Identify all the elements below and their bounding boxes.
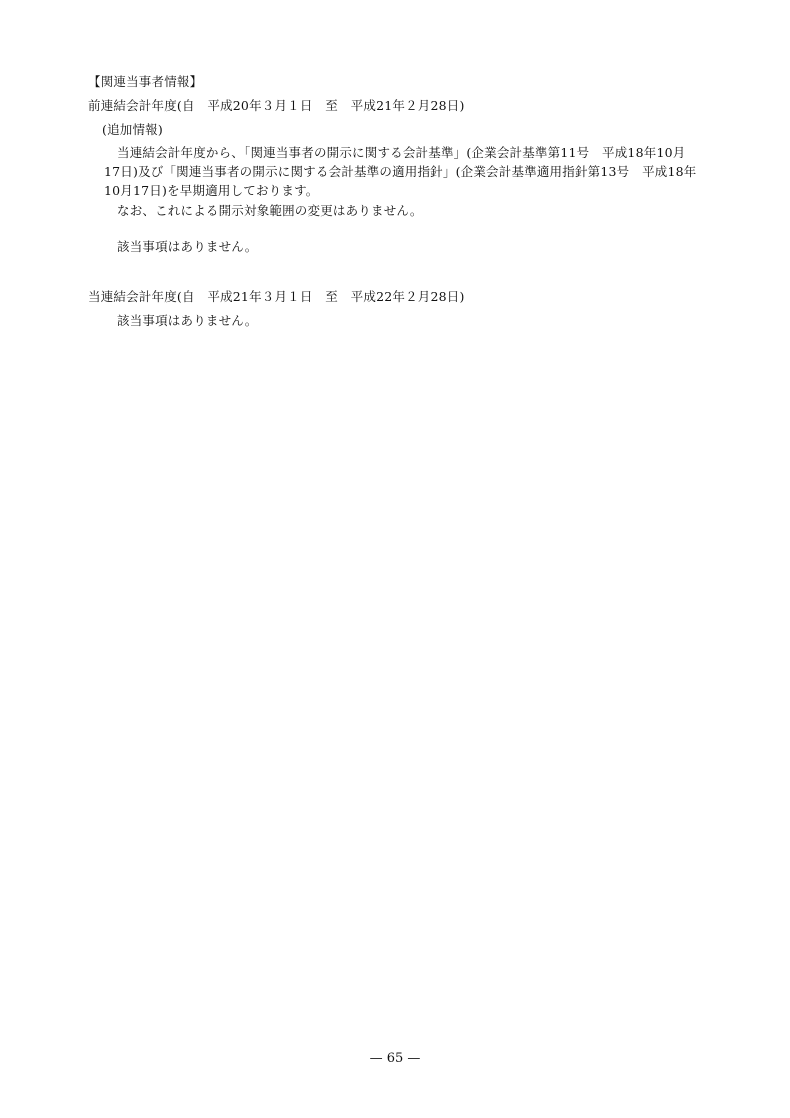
paragraph-line-1: 当連結会計年度から、「関連当事者の開示に関する会計基準」(企業会計基準第11号 … xyxy=(117,144,685,162)
paragraph-line-2: 17日)及び「関連当事者の開示に関する会計基準の適用指針」(企業会計基準適用指針… xyxy=(104,163,696,181)
additional-info-label: (追加情報) xyxy=(102,121,163,139)
prior-year-heading: 前連結会計年度(自 平成20年３月１日 至 平成21年２月28日) xyxy=(88,97,465,115)
document-page: 【関連当事者情報】 前連結会計年度(自 平成20年３月１日 至 平成21年２月2… xyxy=(0,0,790,1118)
scope-change-note: なお、これによる開示対象範囲の変更はありません。 xyxy=(117,202,423,220)
current-year-none-statement: 該当事項はありません。 xyxy=(117,312,257,330)
section-title: 【関連当事者情報】 xyxy=(88,73,202,91)
paragraph-line-3: 10月17日)を早期適用しております。 xyxy=(104,182,319,200)
current-year-heading: 当連結会計年度(自 平成21年３月１日 至 平成22年２月28日) xyxy=(88,288,465,306)
page-number: — 65 — xyxy=(0,1051,790,1066)
prior-year-none-statement: 該当事項はありません。 xyxy=(117,238,257,256)
